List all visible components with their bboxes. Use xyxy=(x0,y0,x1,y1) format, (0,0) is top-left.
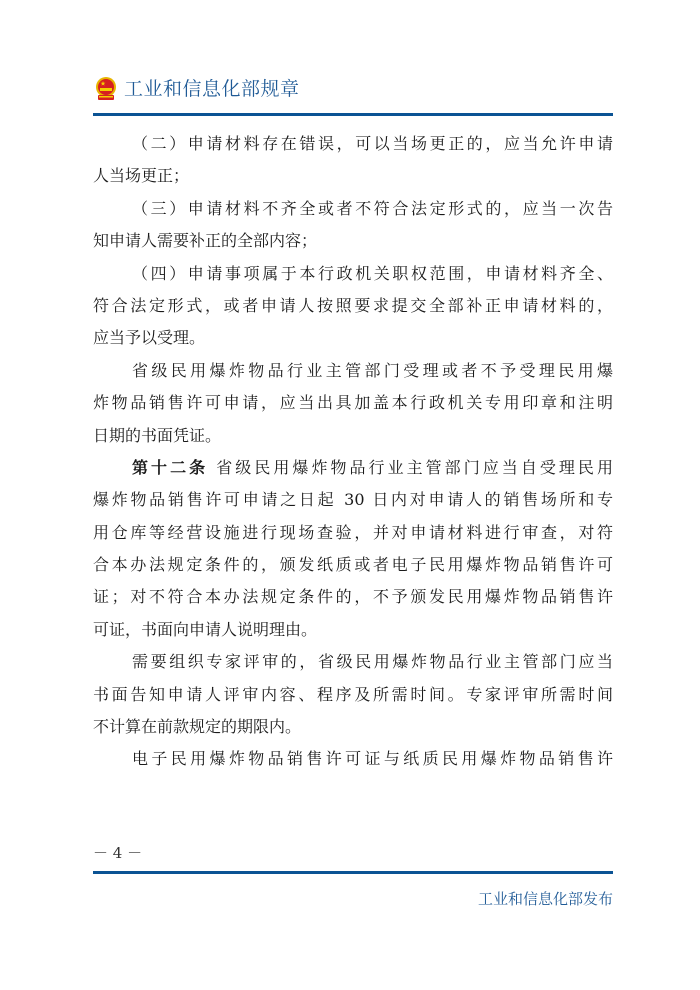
text-line: 省级民用爆炸物品行业主管部门受理或者不予受理民用爆 xyxy=(93,355,613,387)
line-text: 炸物品销售许可申请，应当出具加盖本行政机关专用印章和注明 xyxy=(93,393,613,412)
text-line: （二）申请材料存在错误，可以当场更正的，应当允许申请 xyxy=(93,128,613,160)
line-text: 用仓库等经营设施进行现场查验，并对申请材料进行审查，对符 xyxy=(93,523,613,542)
header-divider xyxy=(93,113,613,116)
text-line: 需要组织专家评审的，省级民用爆炸物品行业主管部门应当 xyxy=(93,646,613,678)
line-text: （四）申请事项属于本行政机关职权范围，申请材料齐全、 xyxy=(132,264,613,283)
line-text: 需要组织专家评审的，省级民用爆炸物品行业主管部门应当 xyxy=(132,652,613,671)
text-line: （四）申请事项属于本行政机关职权范围，申请材料齐全、 xyxy=(93,258,613,290)
line-text: （二）申请材料存在错误，可以当场更正的，应当允许申请 xyxy=(132,134,613,153)
text-line: 电子民用爆炸物品销售许可证与纸质民用爆炸物品销售许 xyxy=(93,743,613,775)
line-text: 省级民用爆炸物品行业主管部门受理或者不予受理民用爆 xyxy=(132,361,613,380)
text-line: 用仓库等经营设施进行现场查验，并对申请材料进行审查，对符 xyxy=(93,517,613,549)
line-text: 知申请人需要补正的全部内容； xyxy=(93,231,317,250)
page-number: － 4 － xyxy=(93,842,142,863)
line-text: 日期的书面凭证。 xyxy=(93,426,221,445)
text-line: 符合法定形式，或者申请人按照要求提交全部补正申请材料的， xyxy=(93,290,613,322)
line-text: 证；对不符合本办法规定条件的，不予颁发民用爆炸物品销售许 xyxy=(93,587,613,606)
text-line: （三）申请材料不齐全或者不符合法定形式的，应当一次告 xyxy=(93,193,613,225)
text-line: 炸物品销售许可申请，应当出具加盖本行政机关专用印章和注明 xyxy=(93,387,613,419)
text-line: 证；对不符合本办法规定条件的，不予颁发民用爆炸物品销售许 xyxy=(93,581,613,613)
national-emblem-icon xyxy=(94,76,118,102)
text-line: 不计算在前款规定的期限内。 xyxy=(93,711,613,743)
line-text: （三）申请材料不齐全或者不符合法定形式的，应当一次告 xyxy=(132,199,613,218)
line-text: 省级民用爆炸物品行业主管部门应当自受理民用 xyxy=(216,458,613,477)
line-text: 爆炸物品销售许可申请之日起 30 日内对申请人的销售场所和专 xyxy=(93,490,613,509)
line-text: 人当场更正； xyxy=(93,166,189,185)
footer-divider xyxy=(93,871,613,874)
line-text: 电子民用爆炸物品销售许可证与纸质民用爆炸物品销售许 xyxy=(132,749,613,768)
text-line: 可证，书面向申请人说明理由。 xyxy=(93,614,613,646)
line-text: 符合法定形式，或者申请人按照要求提交全部补正申请材料的， xyxy=(93,296,613,315)
publisher-label: 工业和信息化部发布 xyxy=(478,888,613,909)
text-line: 合本办法规定条件的，颁发纸质或者电子民用爆炸物品销售许可 xyxy=(93,549,613,581)
text-line: 人当场更正； xyxy=(93,160,613,192)
text-line: 书面告知申请人评审内容、程序及所需时间。专家评审所需时间 xyxy=(93,679,613,711)
line-text: 不计算在前款规定的期限内。 xyxy=(93,717,301,736)
header-title: 工业和信息化部规章 xyxy=(124,77,300,101)
text-line: 应当予以受理。 xyxy=(93,322,613,354)
line-text: 书面告知申请人评审内容、程序及所需时间。专家评审所需时间 xyxy=(93,685,613,704)
article-heading: 第十二条 xyxy=(132,458,208,477)
text-line: 爆炸物品销售许可申请之日起 30 日内对申请人的销售场所和专 xyxy=(93,484,613,516)
page-header: 工业和信息化部规章 xyxy=(93,74,613,114)
text-line: 知申请人需要补正的全部内容； xyxy=(93,225,613,257)
line-text: 合本办法规定条件的，颁发纸质或者电子民用爆炸物品销售许可 xyxy=(93,555,613,574)
line-text: 应当予以受理。 xyxy=(93,328,205,347)
document-body: （二）申请材料存在错误，可以当场更正的，应当允许申请人当场更正；（三）申请材料不… xyxy=(93,128,613,776)
text-line: 日期的书面凭证。 xyxy=(93,420,613,452)
line-text: 可证，书面向申请人说明理由。 xyxy=(93,620,317,639)
text-line: 第十二条 省级民用爆炸物品行业主管部门应当自受理民用 xyxy=(93,452,613,484)
